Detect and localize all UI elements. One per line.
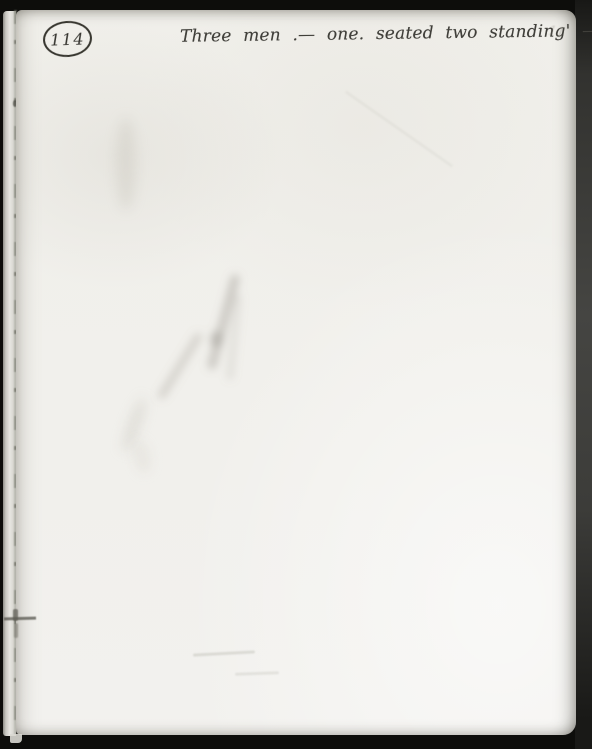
faint-smudge xyxy=(116,118,136,210)
gutter-ink-mark xyxy=(13,609,18,621)
corner-notch xyxy=(10,734,22,743)
ghost-writing-smudge xyxy=(235,671,279,675)
ghost-writing-smudge xyxy=(193,650,255,656)
caption-handwriting: Three men .— one. seated two standing' — xyxy=(180,21,580,47)
paper-crease-line xyxy=(345,91,453,167)
faint-smudge xyxy=(131,439,154,476)
faint-page-number-smudge: 11 xyxy=(547,24,566,42)
gutter-ink-mark xyxy=(14,623,18,638)
scan-frame-right xyxy=(575,0,592,749)
page-number: 114 xyxy=(50,29,86,49)
notebook-page: 114 Three men .— one. seated two standin… xyxy=(16,10,576,735)
page-number-badge: 114 xyxy=(42,19,93,58)
erased-sketch-ghost xyxy=(150,265,270,425)
scanned-notebook-photo: 114 Three men .— one. seated two standin… xyxy=(0,0,592,749)
